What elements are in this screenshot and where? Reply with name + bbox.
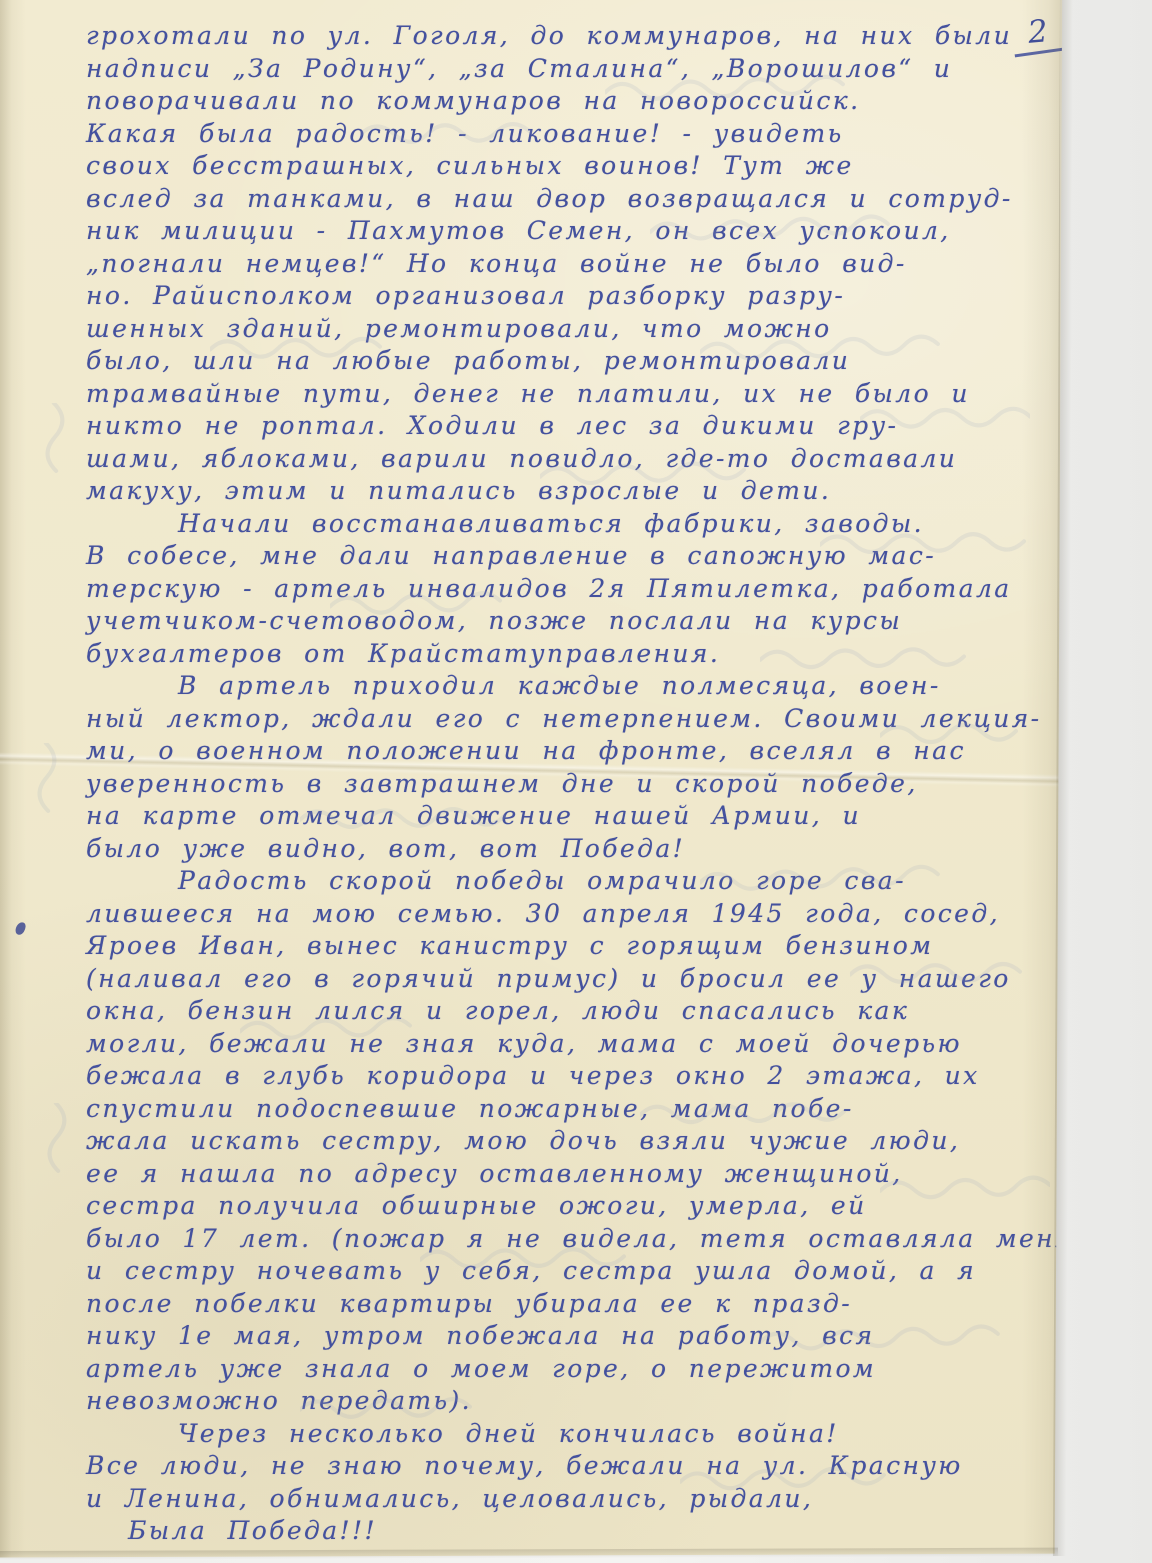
text-line: шенных зданий, ремонтировали, что можно: [86, 313, 1066, 346]
text-line: грохотали по ул. Гоголя, до коммунаров, …: [86, 20, 1066, 53]
text-line: Все люди, не знаю почему, бежали на ул. …: [86, 1450, 1066, 1483]
text-line: шами, яблоками, варили повидло, где-то д…: [86, 443, 1066, 476]
text-line: макуху, этим и питались взрослые и дети.: [86, 475, 1066, 508]
text-line: Через несколько дней кончилась война!: [86, 1418, 1066, 1451]
text-line: было, шли на любые работы, ремонтировали: [86, 345, 1066, 378]
text-line: поворачивали по коммунаров на новороссий…: [86, 85, 1066, 118]
text-line: сестра получила обширные ожоги, умерла, …: [86, 1190, 1066, 1223]
text-line: и Ленина, обнимались, целовались, рыдали…: [86, 1483, 1066, 1516]
text-line: бухгалтеров от Крайстатуправления.: [86, 638, 1066, 671]
text-line: В артель приходил каждые полмесяца, воен…: [86, 670, 1066, 703]
text-line: учетчиком-счетоводом, позже послали на к…: [86, 605, 1066, 638]
text-line: (наливал его в горячий примус) и бросил …: [86, 963, 1066, 996]
text-line: надписи „За Родину“, „за Сталина“, „Воро…: [86, 53, 1066, 86]
text-line: могли, бежали не зная куда, мама с моей …: [86, 1028, 1066, 1061]
text-line: невозможно передать).: [86, 1385, 1066, 1418]
text-line: спустили подоспевшие пожарные, мама побе…: [86, 1093, 1066, 1126]
text-line: бежала в глубь коридора и через окно 2 э…: [86, 1060, 1066, 1093]
text-line: терскую - артель инвалидов 2я Пятилетка,…: [86, 573, 1066, 606]
text-line: „погнали немцев!“ Но конца войне не было…: [86, 248, 1066, 281]
text-line: но. Райисполком организовал разборку раз…: [86, 280, 1066, 313]
text-line: на карте отмечал движение нашей Армии, и: [86, 800, 1066, 833]
bleed-through-texture: [38, 1102, 76, 1173]
text-line: Была Победа!!!: [86, 1515, 1066, 1548]
text-line: было 17 лет. (пожар я не видела, тетя ос…: [86, 1223, 1066, 1256]
text-line: нику 1е мая, утром побежала на работу, в…: [86, 1320, 1066, 1353]
text-line: было уже видно, вот, вот Победа!: [86, 833, 1066, 866]
bleed-through-texture: [36, 402, 74, 473]
text-line: и сестру ночевать у себя, сестра ушла до…: [86, 1255, 1066, 1288]
text-line: после побелки квартиры убирала ее к праз…: [86, 1288, 1066, 1321]
handwritten-text: грохотали по ул. Гоголя, до коммунаров, …: [86, 20, 1066, 1548]
text-line: окна, бензин лился и горел, люди спасали…: [86, 995, 1066, 1028]
text-line: трамвайные пути, денег не платили, их не…: [86, 378, 1066, 411]
text-line: своих бесстрашных, сильных воинов! Тут ж…: [86, 150, 1066, 183]
text-line: ник милиции - Пахмутов Семен, он всех ус…: [86, 215, 1066, 248]
paper-bottom-shadow: [0, 1548, 1058, 1560]
text-line: уверенность в завтрашнем дне и скорой по…: [86, 768, 1066, 801]
text-line: Какая была радость! - ликование! - увиде…: [86, 118, 1066, 151]
text-line: артель уже знала о моем горе, о пережито…: [86, 1353, 1066, 1386]
ink-blot: [14, 921, 27, 936]
document-page: 2 грохотали по ул. Гоголя, до коммунаров…: [0, 0, 1152, 1563]
text-line: жала искать сестру, мою дочь взяли чужие…: [86, 1125, 1066, 1158]
text-line: Яроев Иван, вынес канистру с горящим бен…: [86, 930, 1066, 963]
scanner-background: 2 грохотали по ул. Гоголя, до коммунаров…: [0, 0, 1152, 1563]
text-line: никто не роптал. Ходили в лес за дикими …: [86, 410, 1066, 443]
text-line: вслед за танками, в наш двор возвращался…: [86, 183, 1066, 216]
text-line: ее я нашла по адресу оставленному женщин…: [86, 1158, 1066, 1191]
text-line: Начали восстанавливаться фабрики, заводы…: [86, 508, 1066, 541]
text-line: ми, о военном положении на фронте, вселя…: [86, 735, 1066, 768]
text-line: Радость скорой победы омрачило горе сва-: [86, 865, 1066, 898]
text-line: В собесе, мне дали направление в сапожну…: [86, 540, 1066, 573]
text-line: лившееся на мою семью. 30 апреля 1945 го…: [86, 898, 1066, 931]
text-line: ный лектор, ждали его с нетерпением. Сво…: [86, 703, 1066, 736]
